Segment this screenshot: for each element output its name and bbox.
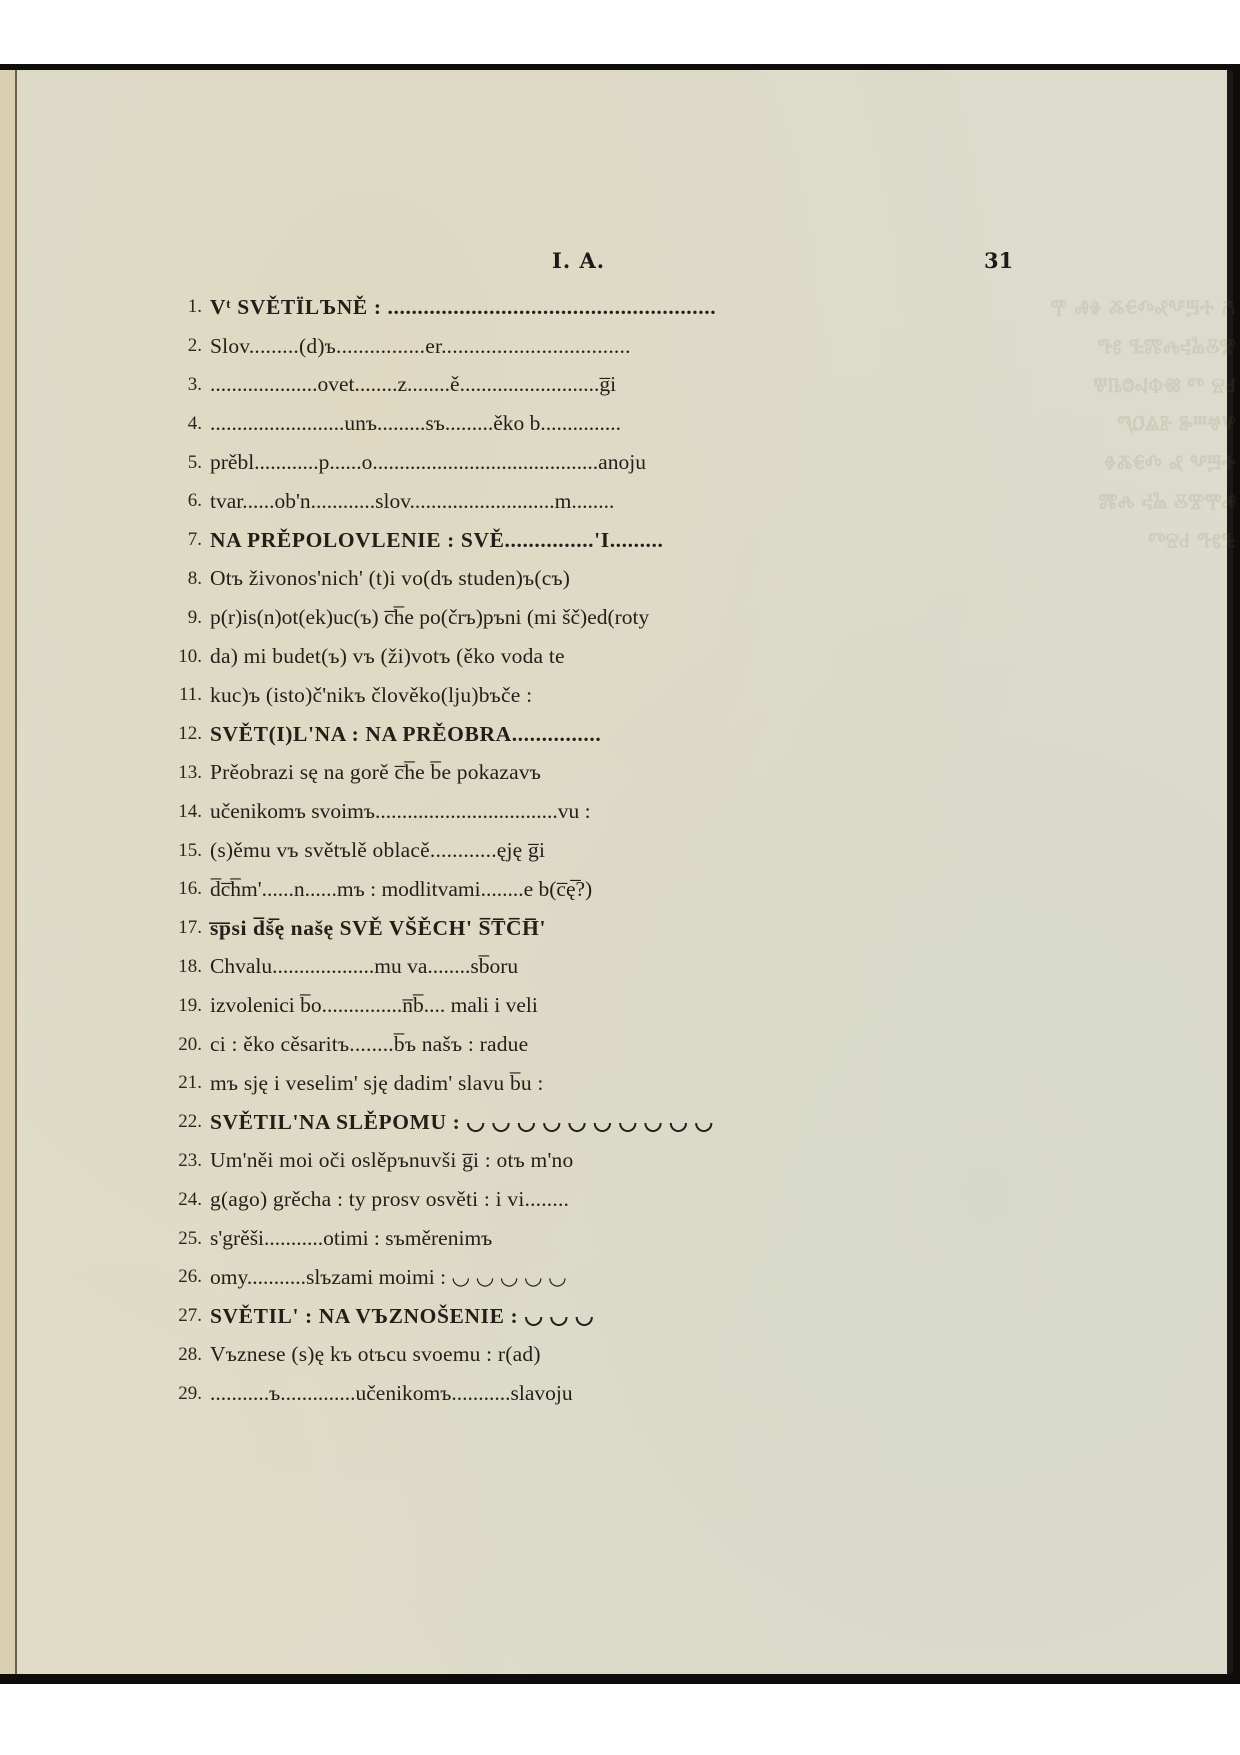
text-line: 3.....................ovet........z.....… [160, 366, 720, 405]
text-line: 14.učenikomъ svoimъ.....................… [160, 792, 720, 831]
text-line: 21.mъ sję i veselim' sję dadim' slavu b̅… [160, 1064, 720, 1103]
line-number: 11. [160, 684, 202, 706]
showthrough-line: Ꙉ ⰀⰁⰂⰃⰄⰅⰆ ⰇⰈ Ⰹ [1016, 288, 1236, 327]
showthrough-line: ⰊⰋⰌⰍⰎⰏⰐ ⰑⰒ [1016, 327, 1236, 366]
line-text: prěbl............p......o...............… [210, 450, 646, 475]
text-line: 11.kuc)ъ (isto)č'nikъ člověko(lju)bъče : [160, 676, 720, 715]
line-text: učenikomъ svoimъ........................… [210, 799, 591, 824]
line-number: 19. [160, 995, 202, 1017]
text-line: 13.Prěobrazi sę na gorě c̅h̅e b̅e pokaza… [160, 754, 720, 793]
line-text: tvar......ob'n............slov..........… [210, 489, 614, 514]
showthrough-line: ⰜⰝⰞⰟ ⰠⰡⰢⰣ [1016, 404, 1236, 443]
line-number: 16. [160, 878, 202, 900]
line-text: ...........ъ..............učenikomъ.....… [210, 1381, 573, 1406]
line-number: 22. [160, 1111, 202, 1133]
line-text: Vᵗ SVĚTÏLЪNĚ : .........................… [210, 295, 716, 320]
text-line: 23.Um'něi moi oči oslěpъnuvši g̅i : otъ … [160, 1142, 720, 1181]
line-text: izvolenici b̅o...............n̅b̅.... ma… [210, 993, 538, 1018]
text-line: 20.ci : ěko cěsaritъ........b̅ъ našъ : r… [160, 1025, 720, 1064]
binding-edge [0, 70, 17, 1674]
line-number: 14. [160, 801, 202, 823]
line-number: 1. [160, 296, 202, 318]
line-number: 4. [160, 413, 202, 435]
line-number: 10. [160, 646, 202, 668]
transcription-lines: 1.Vᵗ SVĚTÏLЪNĚ : .......................… [160, 288, 720, 1413]
line-number: 25. [160, 1228, 202, 1250]
line-number: 8. [160, 568, 202, 590]
showthrough-line: ⰐⰑⰒ ⰓⰔⰕ [1016, 521, 1236, 560]
text-line: 29............ъ..............učenikomъ..… [160, 1374, 720, 1413]
line-text: .........................unъ.........sъ.… [210, 411, 621, 436]
line-text: ci : ěko cěsaritъ........b̅ъ našъ : radu… [210, 1032, 528, 1057]
line-text: Prěobrazi sę na gorě c̅h̅e b̅e pokazavъ [210, 760, 541, 785]
text-line: 22.SVĚTIL'NA SLĚPOMU : ◡ ◡ ◡ ◡ ◡ ◡ ◡ ◡ ◡… [160, 1103, 720, 1142]
line-number: 7. [160, 529, 202, 551]
line-number: 15. [160, 840, 202, 862]
line-text: Otъ živonos'nich' (t)i vo(dъ studen)ъ(cъ… [210, 566, 570, 591]
text-line: 4..........................unъ.........s… [160, 404, 720, 443]
reverse-side-showthrough: Ꙉ ⰀⰁⰂⰃⰄⰅⰆ ⰇⰈ Ⰹ ⰊⰋⰌⰍⰎⰏⰐ ⰑⰒ ⰓⰔ Ⱅ ⰖⰗⰘⰙⰚⰛ ⰜⰝ… [1016, 288, 1236, 560]
line-text: Chvalu...................mu va........sb… [210, 954, 518, 979]
line-text: omy...........slъzami moimi : ◡ ◡ ◡ ◡ ◡ [210, 1265, 567, 1290]
text-line: 25.s'grěši...........otimi : sъměrenimъ [160, 1219, 720, 1258]
line-text: ....................ovet........z.......… [210, 372, 616, 397]
text-line: 8.Otъ živonos'nich' (t)i vo(dъ studen)ъ(… [160, 560, 720, 599]
showthrough-line: ⰓⰔ Ⱅ ⰖⰗⰘⰙⰚⰛ [1016, 366, 1236, 405]
text-line: 12.SVĚT(I)L'NA : NA PRĚOBRA.............… [160, 715, 720, 754]
text-line: 19.izvolenici b̅o...............n̅b̅....… [160, 986, 720, 1025]
line-number: 23. [160, 1150, 202, 1172]
line-text: s'grěši...........otimi : sъměrenimъ [210, 1226, 492, 1251]
line-number: 20. [160, 1034, 202, 1056]
line-text: g(ago) grěcha : ty prosv osvěti : i vi..… [210, 1187, 569, 1212]
text-line: 10.da) mi budet(ъ) vъ (ži)votъ (ěko voda… [160, 637, 720, 676]
line-number: 5. [160, 452, 202, 474]
line-number: 24. [160, 1189, 202, 1211]
line-text: p(r)is(n)ot(ek)uc(ъ) c̅h̅e po(črъ)pъni (… [210, 605, 649, 630]
text-line: 18.Chvalu...................mu va.......… [160, 948, 720, 987]
line-text: mъ sję i veselim' sję dadim' slavu b̅u : [210, 1071, 544, 1096]
line-number: 26. [160, 1266, 202, 1288]
text-line: 28.Vъznese (s)ę kъ otъcu svoemu : r(ad) [160, 1336, 720, 1375]
page-header: I. A. 31 [0, 248, 1240, 278]
line-text: NA PRĚPOLOVLENIE : SVĚ...............'I.… [210, 528, 663, 553]
text-line: 16.d̅c̅h̅m'......n......mъ : modlitvami.… [160, 870, 720, 909]
line-number: 2. [160, 335, 202, 357]
line-number: 21. [160, 1072, 202, 1094]
line-number: 27. [160, 1305, 202, 1327]
line-text: SVĚTIL' : NA VЪZNOŠENIE : ◡ ◡ ◡ [210, 1304, 594, 1329]
line-text: d̅c̅h̅m'......n......mъ : modlitvami....… [210, 877, 592, 902]
text-line: 24.g(ago) grěcha : ty prosv osvěti : i v… [160, 1180, 720, 1219]
text-line: 5.prěbl............p......o.............… [160, 443, 720, 482]
text-line: 26.omy...........slъzami moimi : ◡ ◡ ◡ ◡… [160, 1258, 720, 1297]
text-line: 7.NA PRĚPOLOVLENIE : SVĚ...............'… [160, 521, 720, 560]
text-line: 9.p(r)is(n)ot(ek)uc(ъ) c̅h̅e po(črъ)pъni… [160, 598, 720, 637]
text-line: 17.s̅p̅si d̅š̅ę našę SVĚ VŠĚCH' S̅T̅C̅H̅… [160, 909, 720, 948]
line-text: (s)ěmu vъ světъlě oblacě............ęję … [210, 838, 545, 863]
line-text: da) mi budet(ъ) vъ (ži)votъ (ěko voda te [210, 644, 565, 669]
section-mark: I. A. [552, 248, 605, 273]
showthrough-line: ⰈⰉⰊⰋ ⰌⰍ ⰎⰏ [1016, 482, 1236, 521]
text-line: 1.Vᵗ SVĚTÏLЪNĚ : .......................… [160, 288, 720, 327]
line-number: 18. [160, 956, 202, 978]
line-number: 6. [160, 490, 202, 512]
line-text: SVĚT(I)L'NA : NA PRĚOBRA............... [210, 722, 601, 747]
line-text: SVĚTIL'NA SLĚPOMU : ◡ ◡ ◡ ◡ ◡ ◡ ◡ ◡ ◡ ◡ [210, 1110, 714, 1135]
line-number: 9. [160, 607, 202, 629]
text-line: 6.tvar......ob'n............slov........… [160, 482, 720, 521]
line-number: 12. [160, 723, 202, 745]
line-number: 28. [160, 1344, 202, 1366]
page-number: 31 [984, 248, 1013, 273]
line-text: Slov.........(d)ъ................er.....… [210, 334, 631, 359]
text-line: 15.(s)ěmu vъ světъlě oblacě............ę… [160, 831, 720, 870]
line-number: 29. [160, 1383, 202, 1405]
line-number: 13. [160, 762, 202, 784]
showthrough-line: ⰀⰁⰂ Ⰳ ⰄⰅⰆⰇ [1016, 443, 1236, 482]
line-number: 3. [160, 374, 202, 396]
line-text: Vъznese (s)ę kъ otъcu svoemu : r(ad) [210, 1342, 541, 1367]
line-text: kuc)ъ (isto)č'nikъ člověko(lju)bъče : [210, 683, 532, 708]
line-text: s̅p̅si d̅š̅ę našę SVĚ VŠĚCH' S̅T̅C̅H̅' [210, 916, 546, 941]
text-line: 27.SVĚTIL' : NA VЪZNOŠENIE : ◡ ◡ ◡ [160, 1297, 720, 1336]
line-number: 17. [160, 917, 202, 939]
line-text: Um'něi moi oči oslěpъnuvši g̅i : otъ m'n… [210, 1148, 573, 1173]
text-line: 2.Slov.........(d)ъ................er...… [160, 327, 720, 366]
